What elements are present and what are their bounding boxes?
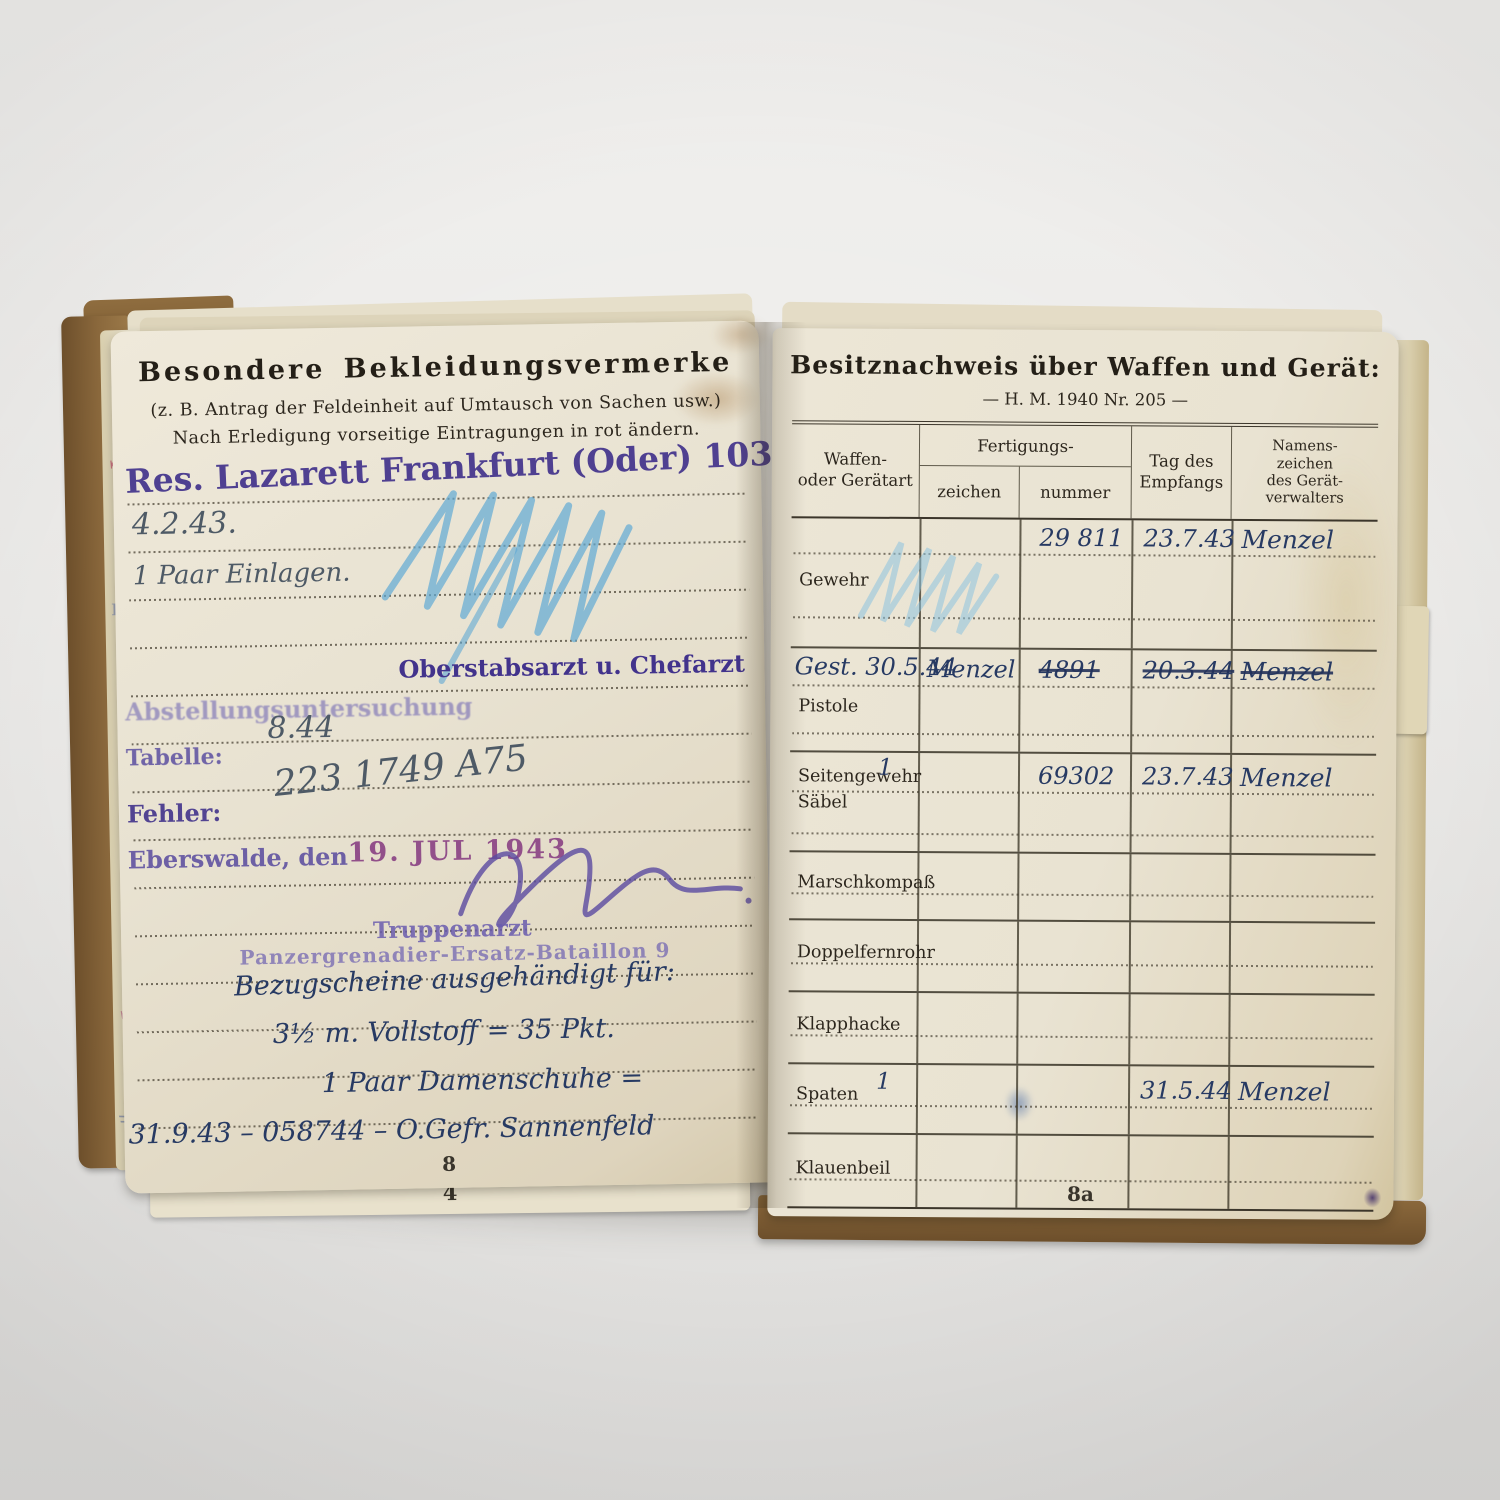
dotted-fill-line bbox=[792, 732, 1374, 738]
left-page-number: 8 bbox=[125, 1146, 773, 1181]
weapons-table-header: Waffen- oder Gerätart Fertigungs- zeiche… bbox=[792, 424, 1379, 522]
signature-menzel: Menzel bbox=[1238, 1077, 1331, 1107]
column-border bbox=[1019, 520, 1021, 648]
column-border bbox=[1128, 994, 1130, 1064]
column-border bbox=[1016, 994, 1018, 1064]
row-label: Klapphacke bbox=[796, 1014, 900, 1035]
header-namens-line3: des Gerät- bbox=[1267, 473, 1343, 491]
column-border bbox=[1128, 1066, 1130, 1134]
column-border bbox=[1016, 1066, 1018, 1134]
column-border bbox=[1229, 923, 1231, 993]
row-label: Spaten bbox=[796, 1084, 858, 1104]
signature-menzel: Menzel bbox=[1241, 657, 1334, 687]
weapons-table-body: Gewehr29 81123.7.43MenzelPistoleGest. 30… bbox=[787, 518, 1377, 1212]
column-border bbox=[1229, 855, 1231, 921]
value-nummer: 29 811 bbox=[1039, 524, 1123, 553]
ink-entry-3: 1 Paar Damenschuhe = bbox=[321, 1063, 643, 1100]
header-waffen-line1: Waffen- bbox=[824, 450, 887, 471]
column-border bbox=[1018, 650, 1020, 752]
table-row: Spaten131.5.44Menzel bbox=[788, 1064, 1374, 1138]
weapons-table: Waffen- oder Gerätart Fertigungs- zeiche… bbox=[787, 420, 1378, 1212]
header-tag-line1: Tag des bbox=[1149, 452, 1213, 473]
dotted-fill-line bbox=[790, 1034, 1372, 1040]
quantity-value: 1 bbox=[878, 755, 893, 781]
stamp-fehler: Fehler: bbox=[127, 798, 222, 829]
column-border bbox=[1129, 854, 1131, 920]
column-border bbox=[1129, 922, 1131, 992]
pencil-numbers: 223 1749 A75 bbox=[272, 738, 530, 805]
stamp-ort: Eberswalde, den bbox=[127, 842, 348, 875]
header-namens-line1: Namens- bbox=[1272, 438, 1337, 456]
column-border bbox=[1228, 995, 1230, 1065]
value-tag: 23.7.43 bbox=[1143, 524, 1235, 553]
header-fertigungs: Fertigungs- zeichen nummer bbox=[920, 425, 1133, 518]
header-namenszeichen: Namens- zeichen des Gerät- verwalters bbox=[1232, 427, 1379, 520]
header-waffen-line2: oder Gerätart bbox=[798, 470, 913, 491]
dotted-fill-line bbox=[791, 892, 1373, 898]
entry-date: 4.2.43. bbox=[132, 506, 238, 543]
stamp-tabelle: Tabelle: bbox=[126, 744, 223, 772]
quantity-value: 1 bbox=[876, 1069, 891, 1095]
left-page-subtitle-1: (z. B. Antrag der Feldeinheit auf Umtaus… bbox=[112, 390, 760, 421]
signature-menzel: Menzel bbox=[1240, 763, 1333, 793]
value-tag: 23.7.43 bbox=[1142, 762, 1234, 791]
header-waffen: Waffen- oder Gerätart bbox=[792, 424, 921, 517]
dotted-fill-line bbox=[791, 962, 1373, 968]
value-nummer: 4891 bbox=[1039, 656, 1100, 684]
header-tag: Tag des Empfangs bbox=[1132, 426, 1233, 519]
signature-menzel: Menzel bbox=[1241, 525, 1334, 555]
column-border bbox=[1018, 754, 1020, 852]
header-tag-line2: Empfangs bbox=[1139, 472, 1223, 493]
header-nummer: nummer bbox=[1020, 467, 1131, 519]
dotted-fill-line bbox=[792, 832, 1374, 838]
column-border bbox=[916, 993, 918, 1063]
stamp-truppenarzt: Truppenarzt bbox=[373, 914, 532, 944]
value-tag: 20.3.44 bbox=[1143, 656, 1235, 685]
left-page-title: Besondere Bekleidungsvermerke bbox=[111, 346, 759, 388]
value-tag: 31.5.44 bbox=[1140, 1076, 1232, 1105]
left-page: Besondere Bekleidungsvermerke (z. B. Ant… bbox=[111, 320, 774, 1193]
table-row: Klapphacke bbox=[788, 992, 1374, 1068]
table-row: Doppelfernrohr bbox=[789, 920, 1375, 996]
row-label-line2: Säbel bbox=[798, 792, 848, 812]
table-row: SeitengewehrSäbel16930223.7.43Menzel bbox=[790, 752, 1377, 856]
row-label: Pistole bbox=[798, 696, 858, 716]
blue-crayon-scribble bbox=[841, 531, 1012, 642]
column-border bbox=[916, 1065, 918, 1133]
ink-entry-2: 3½ m. Vollstoff = 35 Pkt. bbox=[273, 1013, 616, 1050]
header-namens-line4: verwalters bbox=[1266, 491, 1344, 509]
row-label: Seitengewehr bbox=[798, 766, 921, 787]
right-page-title: Besitznachweis über Waffen und Gerät: bbox=[772, 350, 1398, 383]
header-fertigungs-label: Fertigungs- bbox=[920, 425, 1131, 467]
header-namens-line2: zeichen bbox=[1277, 456, 1333, 474]
right-page: Besitznachweis über Waffen und Gerät: — … bbox=[767, 328, 1398, 1220]
header-zeichen: zeichen bbox=[920, 466, 1020, 518]
column-border bbox=[1130, 650, 1132, 752]
handwritten-note: Gest. 30.5.44 bbox=[795, 652, 957, 681]
stamp-oberstabsarzt: Oberstabsarzt u. Chefarzt bbox=[398, 649, 745, 684]
value-nummer: 69302 bbox=[1038, 762, 1115, 790]
row-label: Klauenbeil bbox=[796, 1158, 891, 1179]
table-row: Marschkompaß bbox=[789, 852, 1375, 924]
table-row: Gewehr29 81123.7.43Menzel bbox=[791, 518, 1378, 652]
pencil-note: 8.44 bbox=[267, 710, 334, 746]
ink-entry-4: 31.9.43 – 058744 – O.Gefr. Sannenfeld bbox=[128, 1110, 654, 1150]
right-page-number: 8a bbox=[767, 1180, 1393, 1208]
column-border bbox=[1017, 854, 1019, 920]
row-label: Marschkompaß bbox=[797, 872, 935, 893]
column-border bbox=[1131, 520, 1133, 648]
entry-item: 1 Paar Einlagen. bbox=[133, 558, 351, 592]
right-page-subtitle: — H. M. 1940 Nr. 205 — bbox=[772, 388, 1398, 411]
table-row: PistoleGest. 30.5.44Menzel489120.3.44Men… bbox=[790, 648, 1377, 756]
column-border bbox=[1017, 922, 1019, 992]
column-border bbox=[1130, 754, 1132, 852]
row-label: Doppelfernrohr bbox=[797, 942, 935, 963]
